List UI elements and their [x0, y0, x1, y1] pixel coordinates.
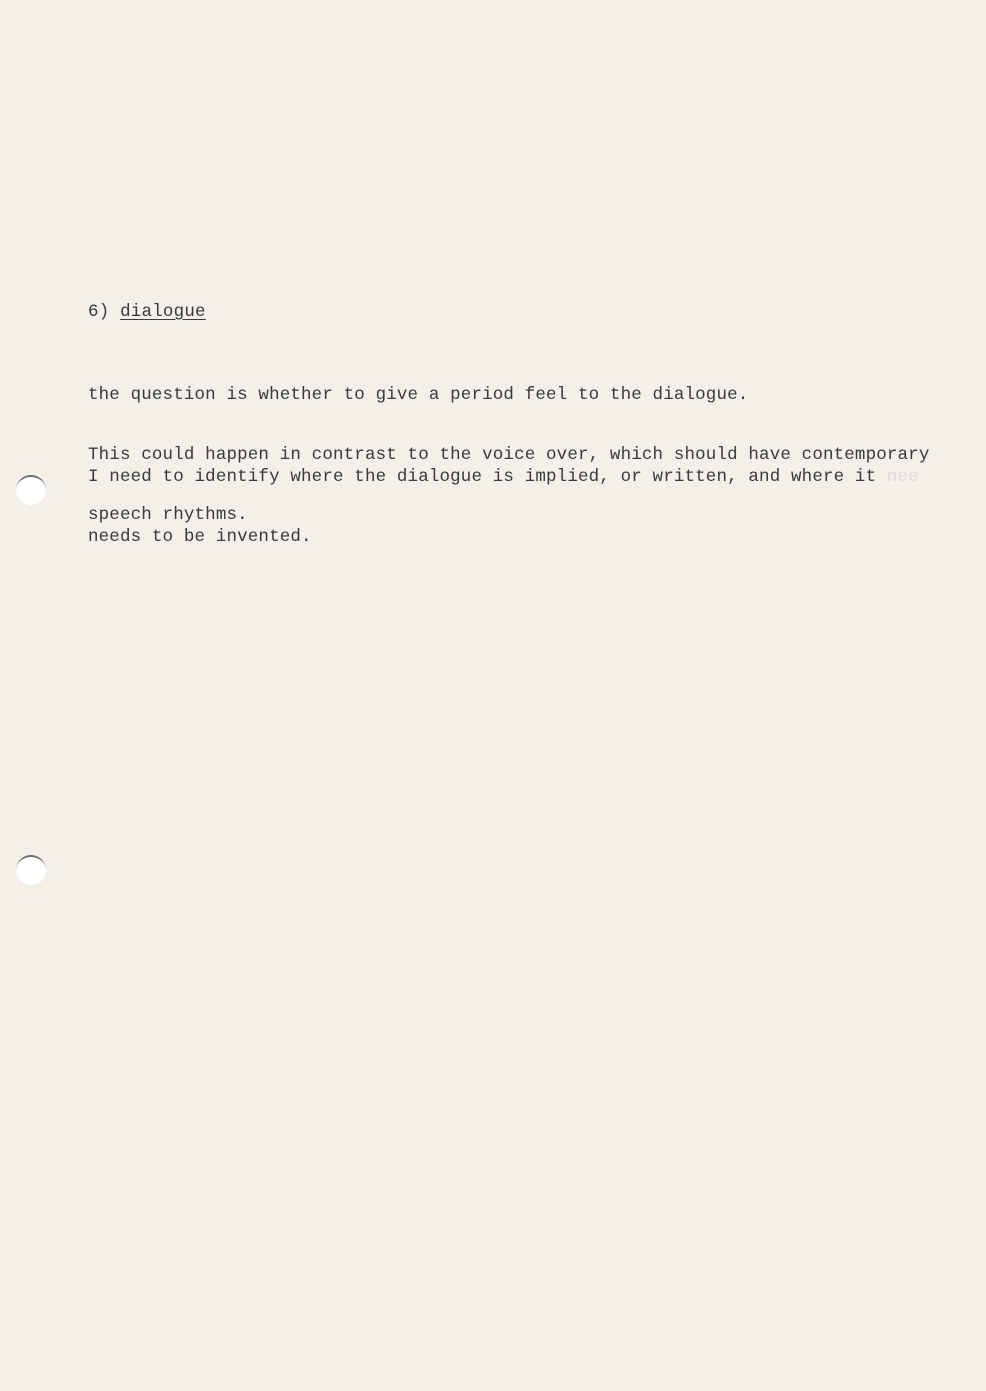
section-number: 6) [88, 302, 109, 322]
text-line: needs to be invented. [88, 527, 919, 547]
section-title: dialogue [120, 302, 206, 322]
paragraph-identify-dialogue: I need to identify where the dialogue is… [88, 427, 919, 587]
erased-text: nee [887, 467, 919, 487]
typed-page: 6) dialogue the question is whether to g… [0, 0, 986, 1391]
text-line: the question is whether to give a period… [88, 385, 930, 405]
text-line: I need to identify where the dialogue is… [88, 467, 919, 487]
punch-hole-icon [16, 475, 46, 505]
punch-hole-icon [16, 855, 46, 885]
section-heading: 6) dialogue [88, 302, 206, 322]
